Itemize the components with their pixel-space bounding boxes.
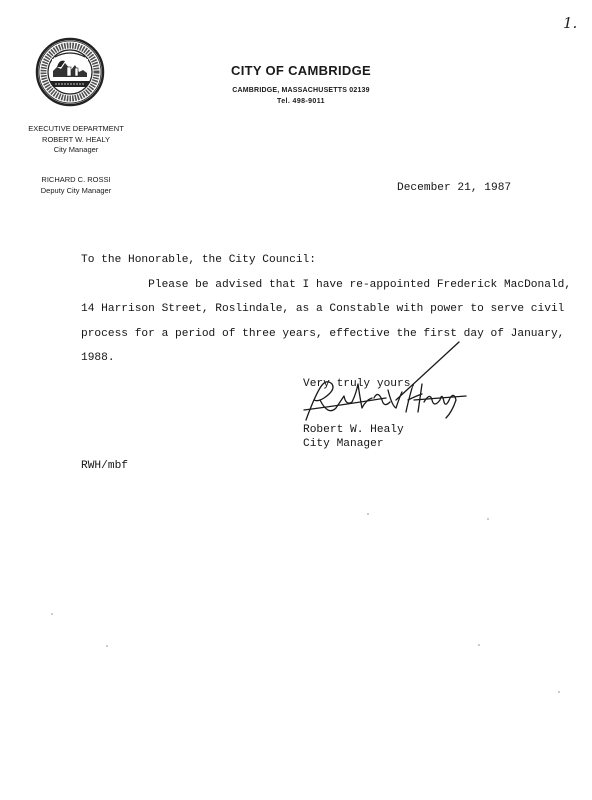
letterhead-telephone: Tel. 498-9011 bbox=[0, 98, 592, 105]
body-line: 14 Harrison Street, Roslindale, as a Con… bbox=[81, 303, 564, 315]
reference-initials: RWH/mbf bbox=[81, 460, 128, 472]
salutation: To the Honorable, the City Council: bbox=[81, 254, 316, 266]
scan-speck bbox=[51, 613, 53, 615]
scan-speck bbox=[106, 645, 108, 647]
staff-block-executive: EXECUTIVE DEPARTMENT ROBERT W. HEALY Cit… bbox=[22, 124, 130, 156]
letter-date: December 21, 1987 bbox=[397, 182, 511, 194]
body-line: 1988. bbox=[81, 352, 115, 364]
signer-title: City Manager bbox=[303, 438, 384, 450]
scan-speck bbox=[367, 513, 369, 515]
department-name: EXECUTIVE DEPARTMENT bbox=[22, 124, 130, 135]
body-line: Please be advised that I have re-appoint… bbox=[81, 279, 571, 291]
scan-speck bbox=[478, 644, 480, 646]
manager-name: ROBERT W. HEALY bbox=[22, 135, 130, 146]
scan-speck bbox=[487, 518, 489, 520]
letterhead-title: CITY OF CAMBRIDGE bbox=[0, 63, 592, 78]
scan-speck bbox=[558, 691, 560, 693]
handwritten-signature-icon bbox=[296, 338, 486, 428]
deputy-name: RICHARD C. ROSSI bbox=[22, 175, 130, 186]
letterhead-address: CAMBRIDGE, MASSACHUSETTS 02139 bbox=[0, 87, 592, 94]
page-number-mark: 1. bbox=[563, 14, 577, 32]
staff-block-deputy: RICHARD C. ROSSI Deputy City Manager bbox=[22, 175, 130, 196]
deputy-title: Deputy City Manager bbox=[22, 186, 130, 197]
manager-title: City Manager bbox=[22, 145, 130, 156]
signer-name: Robert W. Healy bbox=[303, 424, 404, 436]
